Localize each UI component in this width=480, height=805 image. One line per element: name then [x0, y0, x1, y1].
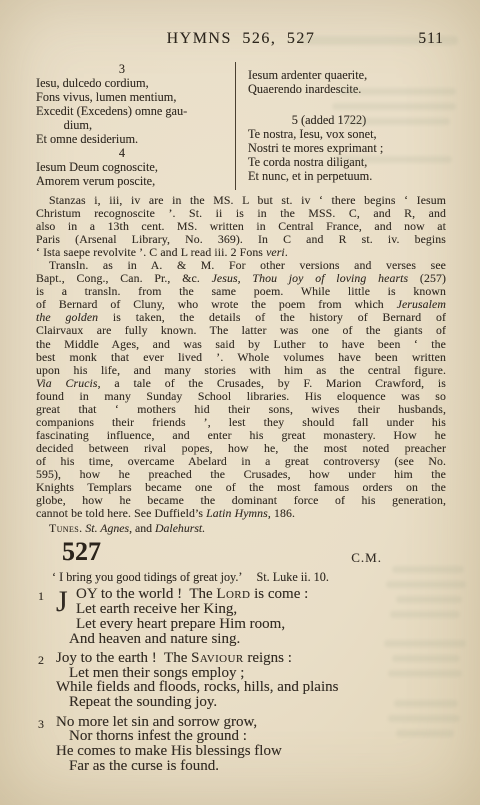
prose-line: best monk that ever lived ’. Whole volum…: [36, 351, 446, 364]
prose-line: found in many Sunday School libraries. H…: [36, 390, 446, 403]
prose-line: Via Crucis, a tale of the Crusades, by F…: [36, 377, 446, 390]
verse-line: Let men their songs employ ;: [56, 666, 446, 681]
epigraph-reference: St. Luke ii. 10.: [256, 570, 328, 584]
latin-line: dium,: [36, 118, 235, 132]
running-head: HYMNS 526, 527 511: [36, 30, 446, 50]
latin-stanza: 5 (added 1722)Te nostra, Iesu, vox sonet…: [248, 113, 446, 183]
verse-line: And heaven and nature sing.: [56, 632, 446, 647]
verse-line: OY to the world ! The Lord is come :: [56, 587, 446, 602]
verse-number: 1: [38, 589, 44, 604]
prose-line: fascinating influence, and enter his gre…: [36, 429, 446, 442]
hymn-meter: C.M.: [351, 550, 382, 566]
latin-line: Et omne desiderium.: [36, 132, 235, 146]
verse-line: Nor thorns infest the ground :: [56, 729, 446, 744]
latin-line: Fons vivus, lumen mentium,: [36, 90, 235, 104]
latin-line: Amorem verum poscite,: [36, 174, 235, 188]
hymn-epigraph: ‘ I bring you good tidings of great joy.…: [52, 570, 446, 584]
latin-stanza: 3Iesu, dulcedo cordium,Fons vivus, lumen…: [36, 62, 235, 146]
verse-number: 3: [38, 717, 44, 732]
prose-line: decided between rival popes, how he, the…: [36, 442, 446, 455]
verse-line: Far as the curse is found.: [56, 759, 446, 774]
hymn-verse: 3No more let sin and sorrow grow,Nor tho…: [36, 715, 446, 774]
latin-stanza-columns: 3Iesu, dulcedo cordium,Fons vivus, lumen…: [36, 62, 446, 190]
stanza-number: 4: [36, 146, 208, 160]
page-title: HYMNS 526, 527: [36, 30, 446, 48]
latin-column-right: Iesum ardenter quaerite,Quaerendo inarde…: [236, 62, 446, 190]
latin-column-left: 3Iesu, dulcedo cordium,Fons vivus, lumen…: [36, 62, 235, 190]
verse-line: No more let sin and sorrow grow,: [56, 715, 446, 730]
latin-line: Iesum Deum cognoscite,: [36, 160, 235, 174]
latin-line: Et nunc, et in perpetuum.: [248, 169, 446, 183]
hymn-header: 527 C.M.: [36, 538, 446, 569]
verse-line: Let earth receive her King,: [56, 602, 446, 617]
verse-line: While fields and floods, rocks, hills, a…: [56, 680, 446, 695]
tunes-line: Tunes. St. Agnes, and Dalehurst.: [36, 521, 446, 535]
verse-line: He comes to make His blessings flow: [56, 744, 446, 759]
prose-line: cannot be told here. See Duffield’s Lati…: [36, 507, 446, 520]
hymn-number: 527: [62, 538, 101, 566]
latin-stanza: Iesum ardenter quaerite,Quaerendo inarde…: [248, 68, 446, 96]
latin-line: Te corda nostra diligant,: [248, 155, 446, 169]
hymn-verse: 2Joy to the earth ! The Saviour reigns :…: [36, 651, 446, 710]
verse-line: Let every heart prepare Him room,: [56, 617, 446, 632]
prose-line: Clairvaux are fully known. The latter wa…: [36, 324, 446, 337]
hymn-verse: 1JOY to the world ! The Lord is come :Le…: [36, 587, 446, 646]
prose-line: great that ‘ mothers hid their sons, wiv…: [36, 403, 446, 416]
prose-line: the Middle Ages, and was said by Luther …: [36, 338, 446, 351]
notes-section: Stanzas i, iii, iv are in the MS. L but …: [36, 194, 446, 520]
book-page: HYMNS 526, 527 511 3Iesu, dulcedo cordiu…: [0, 0, 480, 805]
latin-line: Te nostra, Iesu, vox sonet,: [248, 127, 446, 141]
stanza-number: 3: [36, 62, 208, 76]
stanza-number: 5 (added 1722): [248, 113, 410, 127]
prose-line: companions their friends ’, lest they sh…: [36, 416, 446, 429]
dropcap-letter: J: [56, 588, 76, 617]
verse-line: Joy to the earth ! The Saviour reigns :: [56, 651, 446, 666]
hymn-verses: 1JOY to the world ! The Lord is come :Le…: [36, 587, 446, 774]
epigraph-quote: ‘ I bring you good tidings of great joy.…: [52, 570, 242, 584]
page-number: 511: [418, 30, 444, 48]
verse-number: 2: [38, 653, 44, 668]
latin-line: Quaerendo inardescite.: [248, 82, 446, 96]
latin-stanza: 4Iesum Deum cognoscite,Amorem verum posc…: [36, 146, 235, 188]
latin-line: Iesum ardenter quaerite,: [248, 68, 446, 82]
latin-line: Nostri te mores exprimant ;: [248, 141, 446, 155]
verse-line: Repeat the sounding joy.: [56, 695, 446, 710]
latin-line: Iesu, dulcedo cordium,: [36, 76, 235, 90]
latin-line: Excedit (Excedens) omne gau-: [36, 104, 235, 118]
